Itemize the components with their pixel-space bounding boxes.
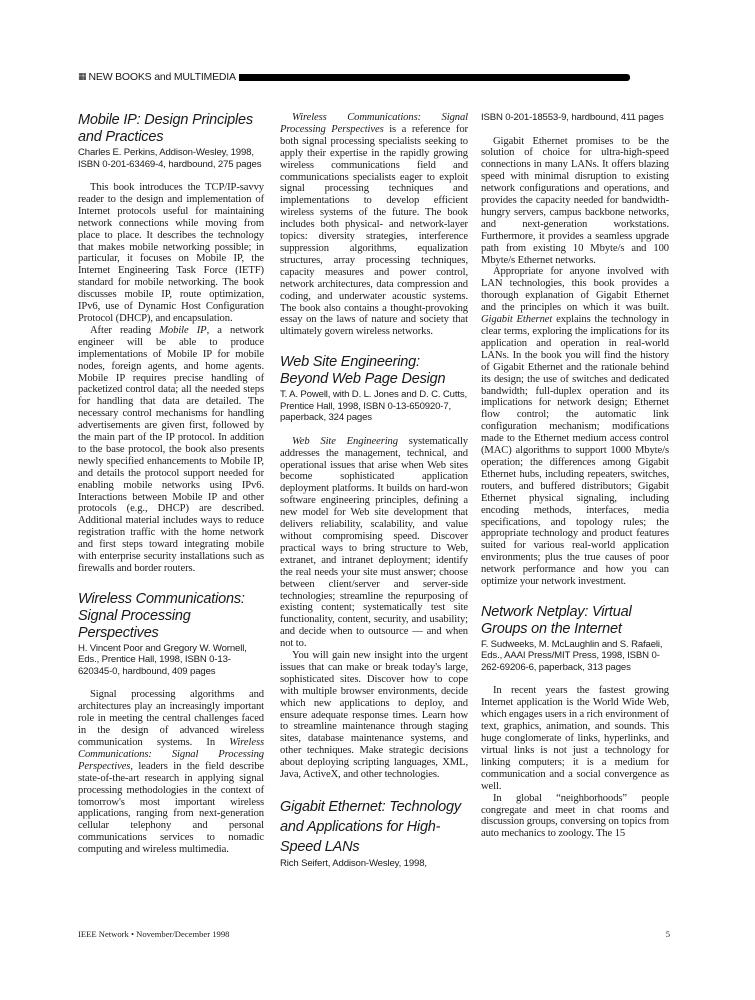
column-2: Wireless Communications: Signal Processi… [280, 112, 468, 870]
section-header: ▦ NEW BOOKS and MULTIMEDIA [78, 70, 698, 84]
text-run: , a network engineer will be able to pro… [78, 325, 264, 574]
book-paragraph: Appropriate for anyone involved with LAN… [481, 266, 669, 587]
italic-title: Web Site Engineering [292, 436, 398, 447]
book-meta: F. Sudweeks, M. McLaughlin and S. Rafael… [481, 639, 669, 674]
text-run: , leaders in the field describe state-of… [78, 761, 264, 855]
column-1: Mobile IP: Design Principles and Practic… [78, 112, 264, 856]
book-meta: ISBN 0-201-18553-9, hardbound, 411 pages [481, 112, 669, 124]
book-title: Web Site Engineering: Beyond Web Page De… [280, 354, 468, 388]
book-meta: T. A. Powell, with D. L. Jones and D. C.… [280, 389, 468, 424]
publication-info: IEEE Network • November/December 1998 [78, 929, 229, 939]
book-paragraph: Signal processing algorithms and archite… [78, 689, 264, 856]
text-run: systematically addresses the management,… [280, 436, 468, 649]
text-run: is a reference for both signal processin… [280, 124, 468, 337]
book-paragraph: After reading Mobile IP, a network engin… [78, 325, 264, 575]
book-title: Network Netplay: Virtual Groups on the I… [481, 604, 669, 638]
book-meta: Rich Seifert, Addison-Wesley, 1998, [280, 858, 468, 870]
section-grid-icon: ▦ [78, 72, 86, 82]
book-paragraph: In recent years the fastest growing Inte… [481, 685, 669, 792]
italic-title: Gigabit Ethernet [481, 314, 552, 325]
book-paragraph: Wireless Communications: Signal Processi… [280, 112, 468, 338]
column-3: ISBN 0-201-18553-9, hardbound, 411 pages… [481, 112, 669, 840]
book-paragraph: Gigabit Ethernet promises to be the solu… [481, 136, 669, 267]
text-run: Appropriate for anyone involved with LAN… [481, 266, 669, 313]
book-title: Gigabit Ethernet: Technology and Applica… [280, 797, 468, 857]
header-rule [239, 74, 630, 81]
book-paragraph: This book introduces the TCP/IP-savvy re… [78, 182, 264, 325]
book-meta: H. Vincent Poor and Gregory W. Wornell, … [78, 643, 264, 678]
section-label: NEW BOOKS and MULTIMEDIA [89, 71, 236, 83]
book-meta: Charles E. Perkins, Addison-Wesley, 1998… [78, 147, 264, 170]
text-run: After reading [90, 325, 159, 336]
book-paragraph: Web Site Engineering systematically addr… [280, 436, 468, 650]
book-title: Mobile IP: Design Principles and Practic… [78, 112, 264, 146]
book-paragraph: You will gain new insight into the urgen… [280, 650, 468, 781]
page-footer: IEEE Network • November/December 1998 5 [78, 929, 670, 939]
book-paragraph: In global “neighborhoods” people congreg… [481, 793, 669, 841]
book-title: Wireless Communications: Signal Processi… [78, 591, 264, 642]
italic-title: Mobile IP [159, 325, 206, 336]
page-number: 5 [666, 929, 670, 939]
text-run: explains the technology in clear terms, … [481, 314, 669, 587]
